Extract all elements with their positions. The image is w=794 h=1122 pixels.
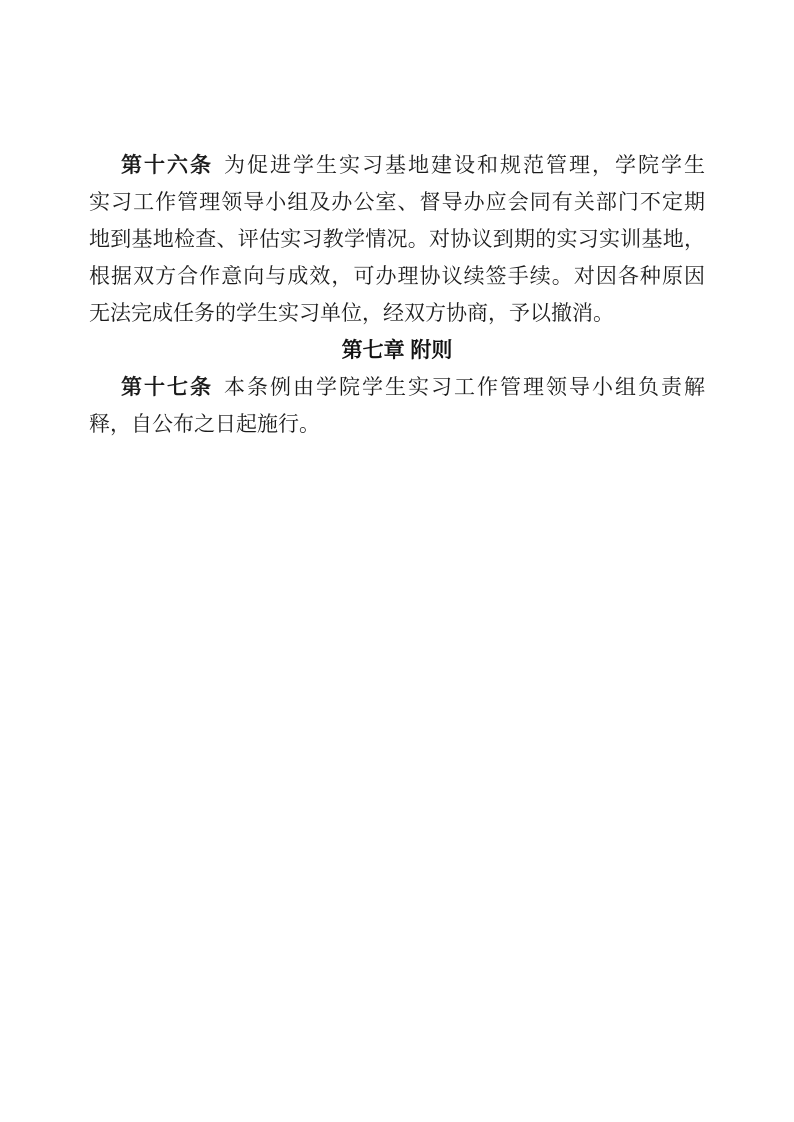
- chapter-heading: 第七章 附则: [89, 332, 705, 369]
- article16-term: 第十六条: [121, 153, 213, 177]
- article17-line-first: 第十七条本条例由学院学生实习工作管理领导小组负责解: [89, 369, 705, 406]
- article16-line: 根据双方合作意向与成效，可办理协议续签手续。对因各种原因: [89, 258, 705, 295]
- article16-line-first: 第十六条为促进学生实习基地建设和规范管理，学院学生: [89, 147, 705, 184]
- document-page: 第十六条为促进学生实习基地建设和规范管理，学院学生 实习工作管理领导小组及办公室…: [0, 0, 794, 1122]
- article17-term: 第十七条: [121, 375, 213, 399]
- article17-line-last: 释，自公布之日起施行。: [89, 406, 705, 443]
- article16-line: 地到基地检查、评估实习教学情况。对协议到期的实习实训基地，: [89, 221, 705, 258]
- article16-line-last: 无法完成任务的学生实习单位，经双方协商，予以撤消。: [89, 295, 705, 332]
- article16-line-first-text: 为促进学生实习基地建设和规范管理，学院学生: [224, 153, 705, 177]
- article17-line-first-text: 本条例由学院学生实习工作管理领导小组负责解: [224, 375, 705, 399]
- article16-line: 实习工作管理领导小组及办公室、督导办应会同有关部门不定期: [89, 184, 705, 221]
- document-content: 第十六条为促进学生实习基地建设和规范管理，学院学生 实习工作管理领导小组及办公室…: [89, 147, 705, 443]
